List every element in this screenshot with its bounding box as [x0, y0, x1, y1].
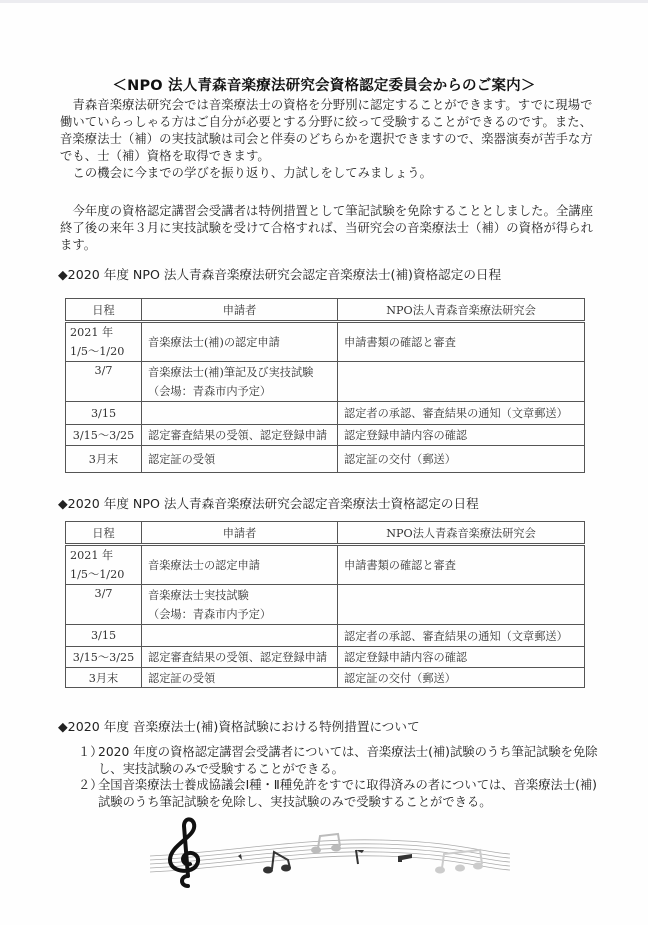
intro-section: 青森音楽療法研究会では音楽療法士の資格を分野別に認定することができます。すでに現… [60, 97, 600, 182]
date-year: 2021 年 [70, 546, 135, 565]
full-schedule-heading: ◆2020 年度 NPO 法人青森音楽療法研究会認定音楽療法士資格認定の日程 [58, 493, 479, 512]
date-cell: 3/7 [66, 585, 142, 625]
list-item-text: 2020 年度の資格認定講習会受講者については、音楽療法士(補)試験のうち筆記試… [98, 744, 598, 777]
page-top-edge [0, 0, 648, 3]
society-cell: 認定登録申請内容の確認 [338, 425, 585, 446]
venue-note: （会場：青森市内予定） [148, 606, 331, 622]
date-cell: 3/15～3/25 [66, 425, 142, 446]
date-cell: 2021 年 1/5～1/20 [66, 545, 142, 585]
applicant-cell: 音楽療法士(補)筆記及び実技試験 （会場：青森市内予定） [142, 362, 338, 402]
society-cell: 認定登録申請内容の確認 [338, 647, 585, 668]
table-row: 3/7 音楽療法士(補)筆記及び実技試験 （会場：青森市内予定） [66, 362, 585, 402]
assistant-schedule-heading: ◆2020 年度 NPO 法人青森音楽療法研究会認定音楽療法士(補)資格認定の日… [58, 264, 501, 283]
intro-paragraph-2: この機会に今までの学びを振り返り、力試しをしてみましょう。 [60, 165, 600, 182]
applicant-text: 音楽療法士(補)筆記及び実技試験 [148, 364, 331, 380]
society-cell: 認定証の交付（郵送） [338, 446, 585, 473]
table-header-row: 日程 申請者 NPO法人青森音楽療法研究会 [66, 522, 585, 545]
society-cell [338, 362, 585, 402]
date-cell: 3/7 [66, 362, 142, 402]
date-cell: 3/15 [66, 625, 142, 647]
society-cell: 申請書類の確認と審査 [338, 545, 585, 585]
applicant-cell: 音楽療法士の認定申請 [142, 545, 338, 585]
list-item-text: 全国音楽療法士養成協議会Ⅰ種・Ⅱ種免許をすでに取得済みの者については、音楽療法士… [98, 777, 598, 810]
date-cell: 3月末 [66, 668, 142, 688]
column-header-date: 日程 [66, 522, 142, 545]
table-row: 3/15～3/25 認定審査結果の受領、認定登録申請 認定登録申請内容の確認 [66, 647, 585, 668]
list-item: １） 2020 年度の資格認定講習会受講者については、音楽療法士(補)試験のうち… [78, 744, 598, 777]
music-staff-treble-clef-notes-icon [150, 812, 510, 892]
table-row: 3/7 音楽療法士実技試験 （会場：青森市内予定） [66, 585, 585, 625]
society-cell: 認定者の承認、審査結果の通知（文章郵送） [338, 625, 585, 647]
table-row: 3月末 認定証の受領 認定証の交付（郵送） [66, 446, 585, 473]
applicant-cell: 音楽療法士(補)の認定申請 [142, 322, 338, 362]
list-item: ２） 全国音楽療法士養成協議会Ⅰ種・Ⅱ種免許をすでに取得済みの者については、音楽… [78, 777, 598, 810]
table-row: 2021 年 1/5～1/20 音楽療法士(補)の認定申請 申請書類の確認と審査 [66, 322, 585, 362]
applicant-cell: 認定証の受領 [142, 668, 338, 688]
applicant-cell: 認定審査結果の受領、認定登録申請 [142, 647, 338, 668]
applicant-cell [142, 402, 338, 425]
full-schedule-table: 日程 申請者 NPO法人青森音楽療法研究会 2021 年 1/5～1/20 音楽… [65, 521, 585, 688]
list-item-number: １） [78, 744, 98, 777]
special-measures-heading: ◆2020 年度 音楽療法士(補)資格試験における特例措置について [58, 716, 420, 735]
applicant-cell: 音楽療法士実技試験 （会場：青森市内予定） [142, 585, 338, 625]
column-header-applicant: 申請者 [142, 522, 338, 545]
intro-paragraph-1: 青森音楽療法研究会では音楽療法士の資格を分野別に認定することができます。すでに現… [60, 97, 600, 165]
applicant-cell: 認定審査結果の受領、認定登録申請 [142, 425, 338, 446]
column-header-society: NPO法人青森音楽療法研究会 [338, 299, 585, 322]
date-cell: 3/15 [66, 402, 142, 425]
intro-paragraph-3: 今年度の資格認定講習会受講者は特例措置として筆記試験を免除することとしました。全… [60, 203, 600, 254]
list-item-number: ２） [78, 777, 98, 810]
society-cell [338, 585, 585, 625]
venue-note: （会場：青森市内予定） [148, 383, 331, 399]
date-range: 1/5～1/20 [70, 342, 135, 361]
exemption-notice: 今年度の資格認定講習会受講者は特例措置として筆記試験を免除することとしました。全… [60, 203, 600, 254]
applicant-cell: 認定証の受領 [142, 446, 338, 473]
table-row: 2021 年 1/5～1/20 音楽療法士の認定申請 申請書類の確認と審査 [66, 545, 585, 585]
society-cell: 認定証の交付（郵送） [338, 668, 585, 688]
date-year: 2021 年 [70, 323, 135, 342]
special-measures-list: １） 2020 年度の資格認定講習会受講者については、音楽療法士(補)試験のうち… [78, 744, 598, 810]
column-header-society: NPO法人青森音楽療法研究会 [338, 522, 585, 545]
table-row: 3月末 認定証の受領 認定証の交付（郵送） [66, 668, 585, 688]
date-cell: 3月末 [66, 446, 142, 473]
table-row: 3/15 認定者の承認、審査結果の通知（文章郵送） [66, 402, 585, 425]
date-range: 1/5～1/20 [70, 565, 135, 584]
society-cell: 認定者の承認、審査結果の通知（文章郵送） [338, 402, 585, 425]
page-title: ＜NPO 法人青森音楽療法研究会資格認定委員会からのご案内＞ [0, 74, 648, 95]
table-header-row: 日程 申請者 NPO法人青森音楽療法研究会 [66, 299, 585, 322]
society-cell: 申請書類の確認と審査 [338, 322, 585, 362]
assistant-schedule-table: 日程 申請者 NPO法人青森音楽療法研究会 2021 年 1/5～1/20 音楽… [65, 298, 585, 473]
date-cell: 3/15～3/25 [66, 647, 142, 668]
column-header-applicant: 申請者 [142, 299, 338, 322]
table-row: 3/15 認定者の承認、審査結果の通知（文章郵送） [66, 625, 585, 647]
table-row: 3/15～3/25 認定審査結果の受領、認定登録申請 認定登録申請内容の確認 [66, 425, 585, 446]
column-header-date: 日程 [66, 299, 142, 322]
applicant-cell [142, 625, 338, 647]
date-cell: 2021 年 1/5～1/20 [66, 322, 142, 362]
applicant-text: 音楽療法士実技試験 [148, 587, 331, 603]
